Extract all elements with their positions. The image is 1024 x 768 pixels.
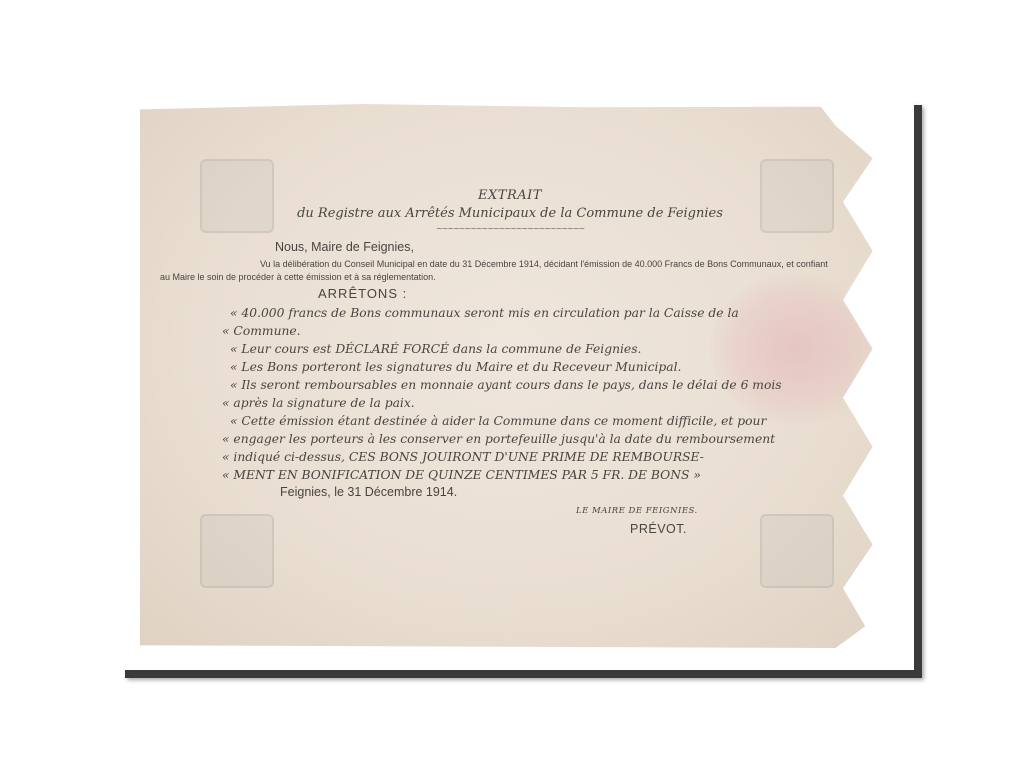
clause-line: « après la signature de la paix.	[222, 394, 812, 412]
clause-line: « Ils seront remboursables en monnaie ay…	[222, 376, 812, 394]
banknote-reverse: EXTRAIT du Registre aux Arrêtés Municipa…	[140, 104, 880, 648]
clause-line: « Commune.	[222, 322, 812, 340]
ghost-denomination-mark	[200, 514, 274, 588]
clause-line: « 40.000 francs de Bons communaux seront…	[222, 304, 812, 322]
clause-line: « Cette émission étant destinée à aider …	[222, 412, 812, 430]
clause-line: « Leur cours est DÉCLARÉ FORCÉ dans la c…	[222, 340, 812, 358]
signatory-title: LE MAIRE DE FEIGNIES.	[576, 506, 698, 516]
ghost-denomination-mark	[760, 514, 834, 588]
decree-clauses: « 40.000 francs de Bons communaux seront…	[222, 304, 812, 484]
decree-heading: ARRÊTONS :	[318, 286, 407, 301]
document-heading: EXTRAIT	[140, 188, 880, 203]
clause-line: « indiqué ci-dessus, CES BONS JOUIRONT D…	[222, 448, 812, 466]
salutation: Nous, Maire de Feignies,	[275, 240, 414, 254]
clause-line: « MENT EN BONIFICATION DE QUINZE CENTIME…	[222, 466, 812, 484]
preamble: Vu la délibération du Conseil Municipal …	[160, 258, 840, 284]
document-subheading: du Registre aux Arrêtés Municipaux de la…	[140, 206, 880, 221]
ornamental-divider: ~~~~~~~~~~~~~~~~~~~~~~~~~~	[140, 224, 880, 233]
clause-line: « Les Bons porteront les signatures du M…	[222, 358, 812, 376]
clause-line: « engager les porteurs à les conserver e…	[222, 430, 812, 448]
place-date: Feignies, le 31 Décembre 1914.	[280, 485, 457, 499]
signatory-name: PRÉVOT.	[630, 522, 687, 536]
